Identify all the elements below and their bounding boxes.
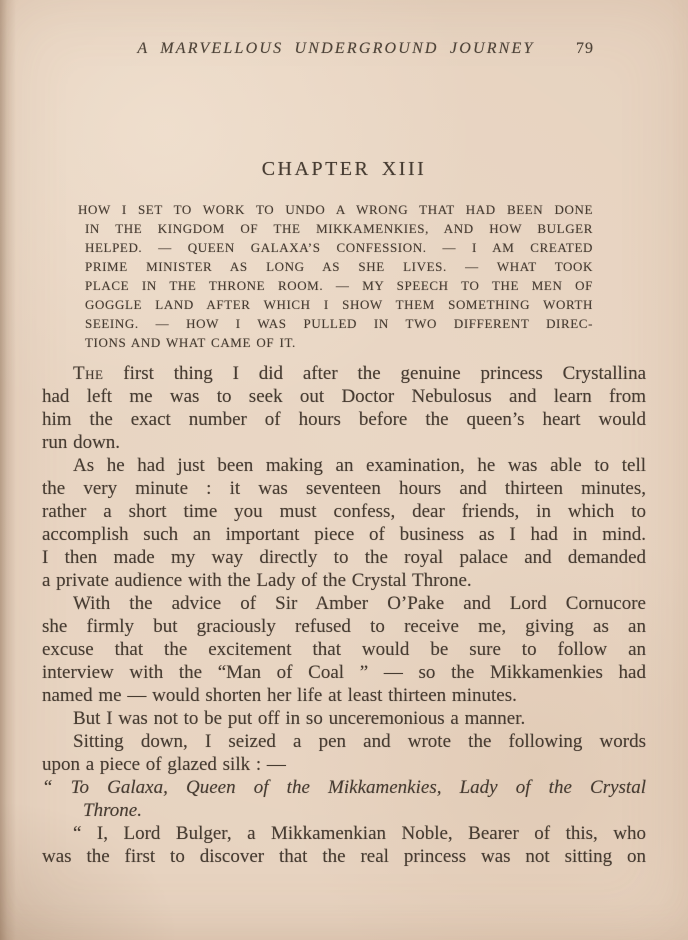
chapter-synopsis: HOW I SET TO WORK TO UNDO A WRONG THAT H… [85,200,593,352]
text-line: I then made my way directly to the royal… [42,546,646,569]
paragraph: “ I, Lord Bulger, a Mikkamenkian Noble, … [42,822,646,868]
text-line: “ I, Lord Bulger, a Mikkamenkian Noble, … [42,822,646,845]
page-number: 79 [576,40,594,58]
text-line: Sitting down, I seized a pen and wrote t… [42,730,646,753]
chapter-body-text: The first thing I did after the genuine … [42,362,646,868]
text-line: Throne. [42,799,646,822]
synopsis-line: HOW I SET TO WORK TO UNDO A WRONG THAT H… [78,200,593,219]
synopsis-line: SEEING. — HOW I WAS PULLED IN TWO DIFFER… [85,314,593,333]
text-line: had left me was to seek out Doctor Nebul… [42,385,646,408]
paragraph: But I was not to be put off in so uncere… [42,707,646,730]
synopsis-line: IN THE KINGDOM OF THE MIKKAMENKIES, AND … [85,219,593,238]
synopsis-line: TIONS AND WHAT CAME OF IT. [85,333,593,352]
text-line: “ To Galaxa, Queen of the Mikkamenkies, … [42,776,646,799]
running-header: A MARVELLOUS UNDERGROUND JOURNEY 79 [42,40,646,62]
paragraph: Sitting down, I seized a pen and wrote t… [42,730,646,776]
book-page-scan: A MARVELLOUS UNDERGROUND JOURNEY 79 CHAP… [0,0,688,940]
text-line: As he had just been making an examinatio… [42,454,646,477]
paragraph: “ To Galaxa, Queen of the Mikkamenkies, … [42,776,646,822]
text-line: interview with the “Man of Coal ” — so t… [42,661,646,684]
text-line: was the first to discover that the real … [42,845,646,868]
text-line: But I was not to be put off in so uncere… [42,707,646,730]
text-line: him the exact number of hours before the… [42,408,646,431]
paragraph: The first thing I did after the genuine … [42,362,646,454]
small-caps-lead-word: The [73,363,103,384]
synopsis-line: GOGGLE LAND AFTER WHICH I SHOW THEM SOME… [85,295,593,314]
paragraph: As he had just been making an examinatio… [42,454,646,592]
running-head-title: A MARVELLOUS UNDERGROUND JOURNEY [42,40,646,58]
paragraph: With the advice of Sir Amber O’Pake and … [42,592,646,707]
synopsis-line: PRIME MINISTER AS LONG AS SHE LIVES. — W… [85,257,593,276]
text-line: she firmly but graciously refused to rec… [42,615,646,638]
text-line: The first thing I did after the genuine … [42,362,646,385]
text-line: With the advice of Sir Amber O’Pake and … [42,592,646,615]
text-line: named me — would shorten her life at lea… [42,684,646,707]
text-line: run down. [42,431,646,454]
text-line: excuse that the excitement that would be… [42,638,646,661]
text-line: rather a short time you must confess, de… [42,500,646,523]
text-line: a private audience with the Lady of the … [42,569,646,592]
chapter-heading: CHAPTER XIII [42,158,646,181]
text-line: the very minute : it was seventeen hours… [42,477,646,500]
synopsis-line: HELPED. — QUEEN GALAXA’S CONFESSION. — I… [85,238,593,257]
text-line: accomplish such an important piece of bu… [42,523,646,546]
text-line: upon a piece of glazed silk : — [42,753,646,776]
synopsis-line: PLACE IN THE THRONE ROOM. — MY SPEECH TO… [85,276,593,295]
